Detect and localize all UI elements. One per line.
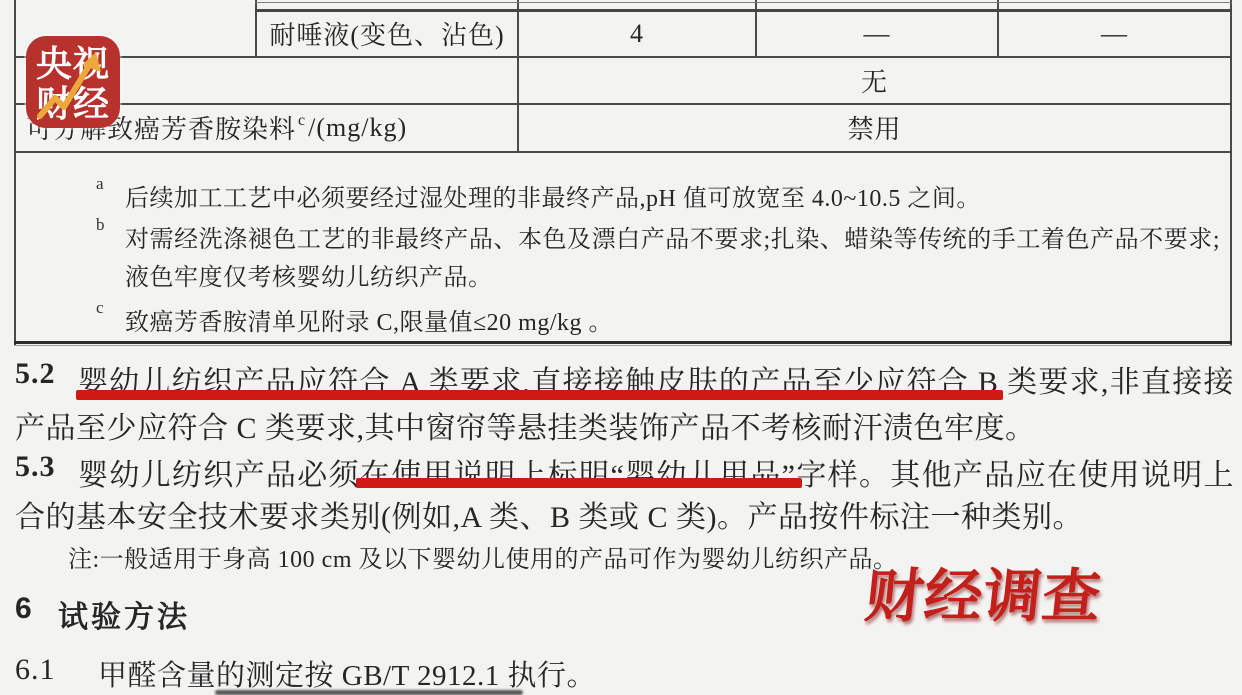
table-border-bottom xyxy=(14,341,1232,344)
table-border-right xyxy=(1230,0,1232,346)
cctv-finance-logo: 央视 财经 xyxy=(26,36,120,128)
red-underline-5-3 xyxy=(356,478,802,488)
cell-odor-value: 无 xyxy=(519,58,1230,103)
cell-amines-value: 禁用 xyxy=(519,104,1230,151)
table-rule xyxy=(255,2,1232,3)
table-rule xyxy=(14,151,1232,153)
program-watermark: 财经调查 xyxy=(862,549,1107,633)
clause-5-2-number: 5.2 xyxy=(15,357,56,391)
cell-saliva-value-c: — xyxy=(999,11,1230,56)
cutoff-text-line xyxy=(215,690,523,695)
clause-5-2-line2: 产品至少应符合 C 类要求,其中窗帘等悬挂类装饰产品不考核耐汗渍色牢度。 xyxy=(15,403,1036,447)
clause-5-3-line2: 合的基本安全技术要求类别(例如,A 类、B 类或 C 类)。产品按件标注一种类别… xyxy=(15,492,1083,536)
clause-note: 注:一般适用于身高 100 cm 及以下婴幼儿使用的产品可作为婴幼儿纺织产品。 xyxy=(68,539,898,574)
section-6-number: 6 xyxy=(15,592,32,626)
footnote-a-marker: a xyxy=(96,174,104,194)
cell-saliva-label: 耐唾液(变色、沾色) xyxy=(257,11,517,56)
stock-arrow-icon xyxy=(26,36,120,128)
table-border-left xyxy=(14,0,16,346)
amines-label-unit: /(mg/kg) xyxy=(308,113,407,143)
footnote-b-marker: b xyxy=(96,215,105,235)
section-6-title: 试验方法 xyxy=(58,592,190,636)
document-page: 耐唾液(变色、沾色) 4 — — 无 可分解致癌芳香胺染料c/(mg/kg) 禁… xyxy=(0,0,1242,695)
footnote-a-text: 后续加工工艺中必须要经过湿处理的非最终产品,pH 值可放宽至 4.0~10.5 … xyxy=(125,178,981,213)
cell-saliva-value-b: — xyxy=(757,11,997,56)
table-border-bottom-shadow xyxy=(14,345,1232,346)
footnote-b-text-line1: 对需经洗涤褪色工艺的非最终产品、本色及漂白产品不要求;扎染、蜡染等传统的手工着色… xyxy=(125,219,1220,251)
footnote-c-text: 致癌芳香胺清单见附录 C,限量值≤20 mg/kg 。 xyxy=(125,302,613,337)
red-underline-5-2 xyxy=(76,390,1003,400)
clause-6-1-number: 6.1 xyxy=(15,653,56,687)
cell-saliva-value-a: 4 xyxy=(519,11,755,56)
clause-5-3-number: 5.3 xyxy=(15,450,56,484)
amines-footnote-mark: c xyxy=(298,113,306,129)
clause-6-1-text: 甲醛含量的测定按 GB/T 2912.1 执行。 xyxy=(98,653,596,694)
footnote-c-marker: c xyxy=(96,298,104,318)
footnote-b-text-line2: 液色牢度仅考核婴幼儿纺织产品。 xyxy=(125,257,493,292)
